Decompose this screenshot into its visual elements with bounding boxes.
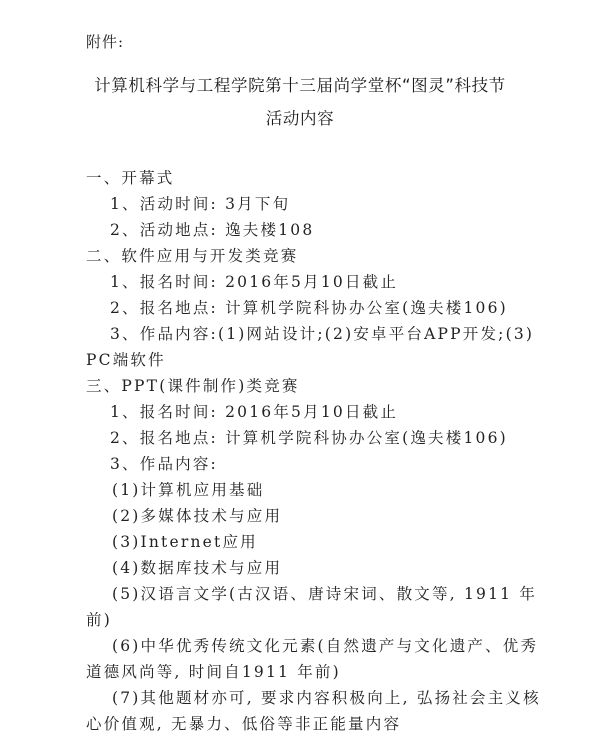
- list-item-continuation: PC端软件: [86, 350, 166, 370]
- list-item: 3、作品内容:(1)网站设计;(2)安卓平台APP开发;(3): [110, 324, 534, 344]
- list-item: 3、作品内容:: [110, 454, 218, 474]
- attachment-label: 附件:: [86, 32, 124, 52]
- list-item: 2、报名地点: 计算机学院科协办公室(逸夫楼106): [110, 428, 508, 448]
- sub-item: (7)其他题材亦可, 要求内容积极向上, 弘扬社会主义核: [112, 688, 541, 708]
- list-item: 2、活动地点: 逸夫楼108: [110, 220, 314, 240]
- document-subtitle: 活动内容: [0, 105, 600, 129]
- list-item: 1、报名时间: 2016年5月10日截止: [110, 402, 398, 422]
- section-heading: 三、PPT(课件制作)类竞赛: [86, 376, 300, 396]
- sub-item: (4)数据库技术与应用: [112, 558, 282, 578]
- sub-item: (1)计算机应用基础: [112, 480, 264, 500]
- list-item: 2、报名地点: 计算机学院科协办公室(逸夫楼106): [110, 298, 508, 318]
- document-page: 附件: 计算机科学与工程学院第十三届尚学堂杯“图灵”科技节 活动内容 一、开幕式…: [0, 0, 600, 740]
- sub-item-continuation: 道德风尚等, 时间自1911 年前): [86, 662, 341, 682]
- sub-item-continuation: 心价值观, 无暴力、低俗等非正能量内容: [86, 714, 401, 734]
- list-item: 1、活动时间: 3月下旬: [110, 194, 290, 214]
- list-item: 1、报名时间: 2016年5月10日截止: [110, 272, 398, 292]
- sub-item: (3)Internet应用: [112, 532, 258, 552]
- sub-item: (5)汉语言文学(古汉语、唐诗宋词、散文等, 1911 年: [112, 584, 537, 604]
- sub-item: (6)中华优秀传统文化元素(自然遗产与文化遗产、优秀: [112, 636, 538, 656]
- section-heading: 二、软件应用与开发类竞赛: [86, 246, 298, 266]
- section-heading: 一、开幕式: [86, 168, 175, 188]
- sub-item: (2)多媒体技术与应用: [112, 506, 282, 526]
- document-title: 计算机科学与工程学院第十三届尚学堂杯“图灵”科技节: [0, 72, 600, 96]
- sub-item-continuation: 前): [86, 610, 112, 630]
